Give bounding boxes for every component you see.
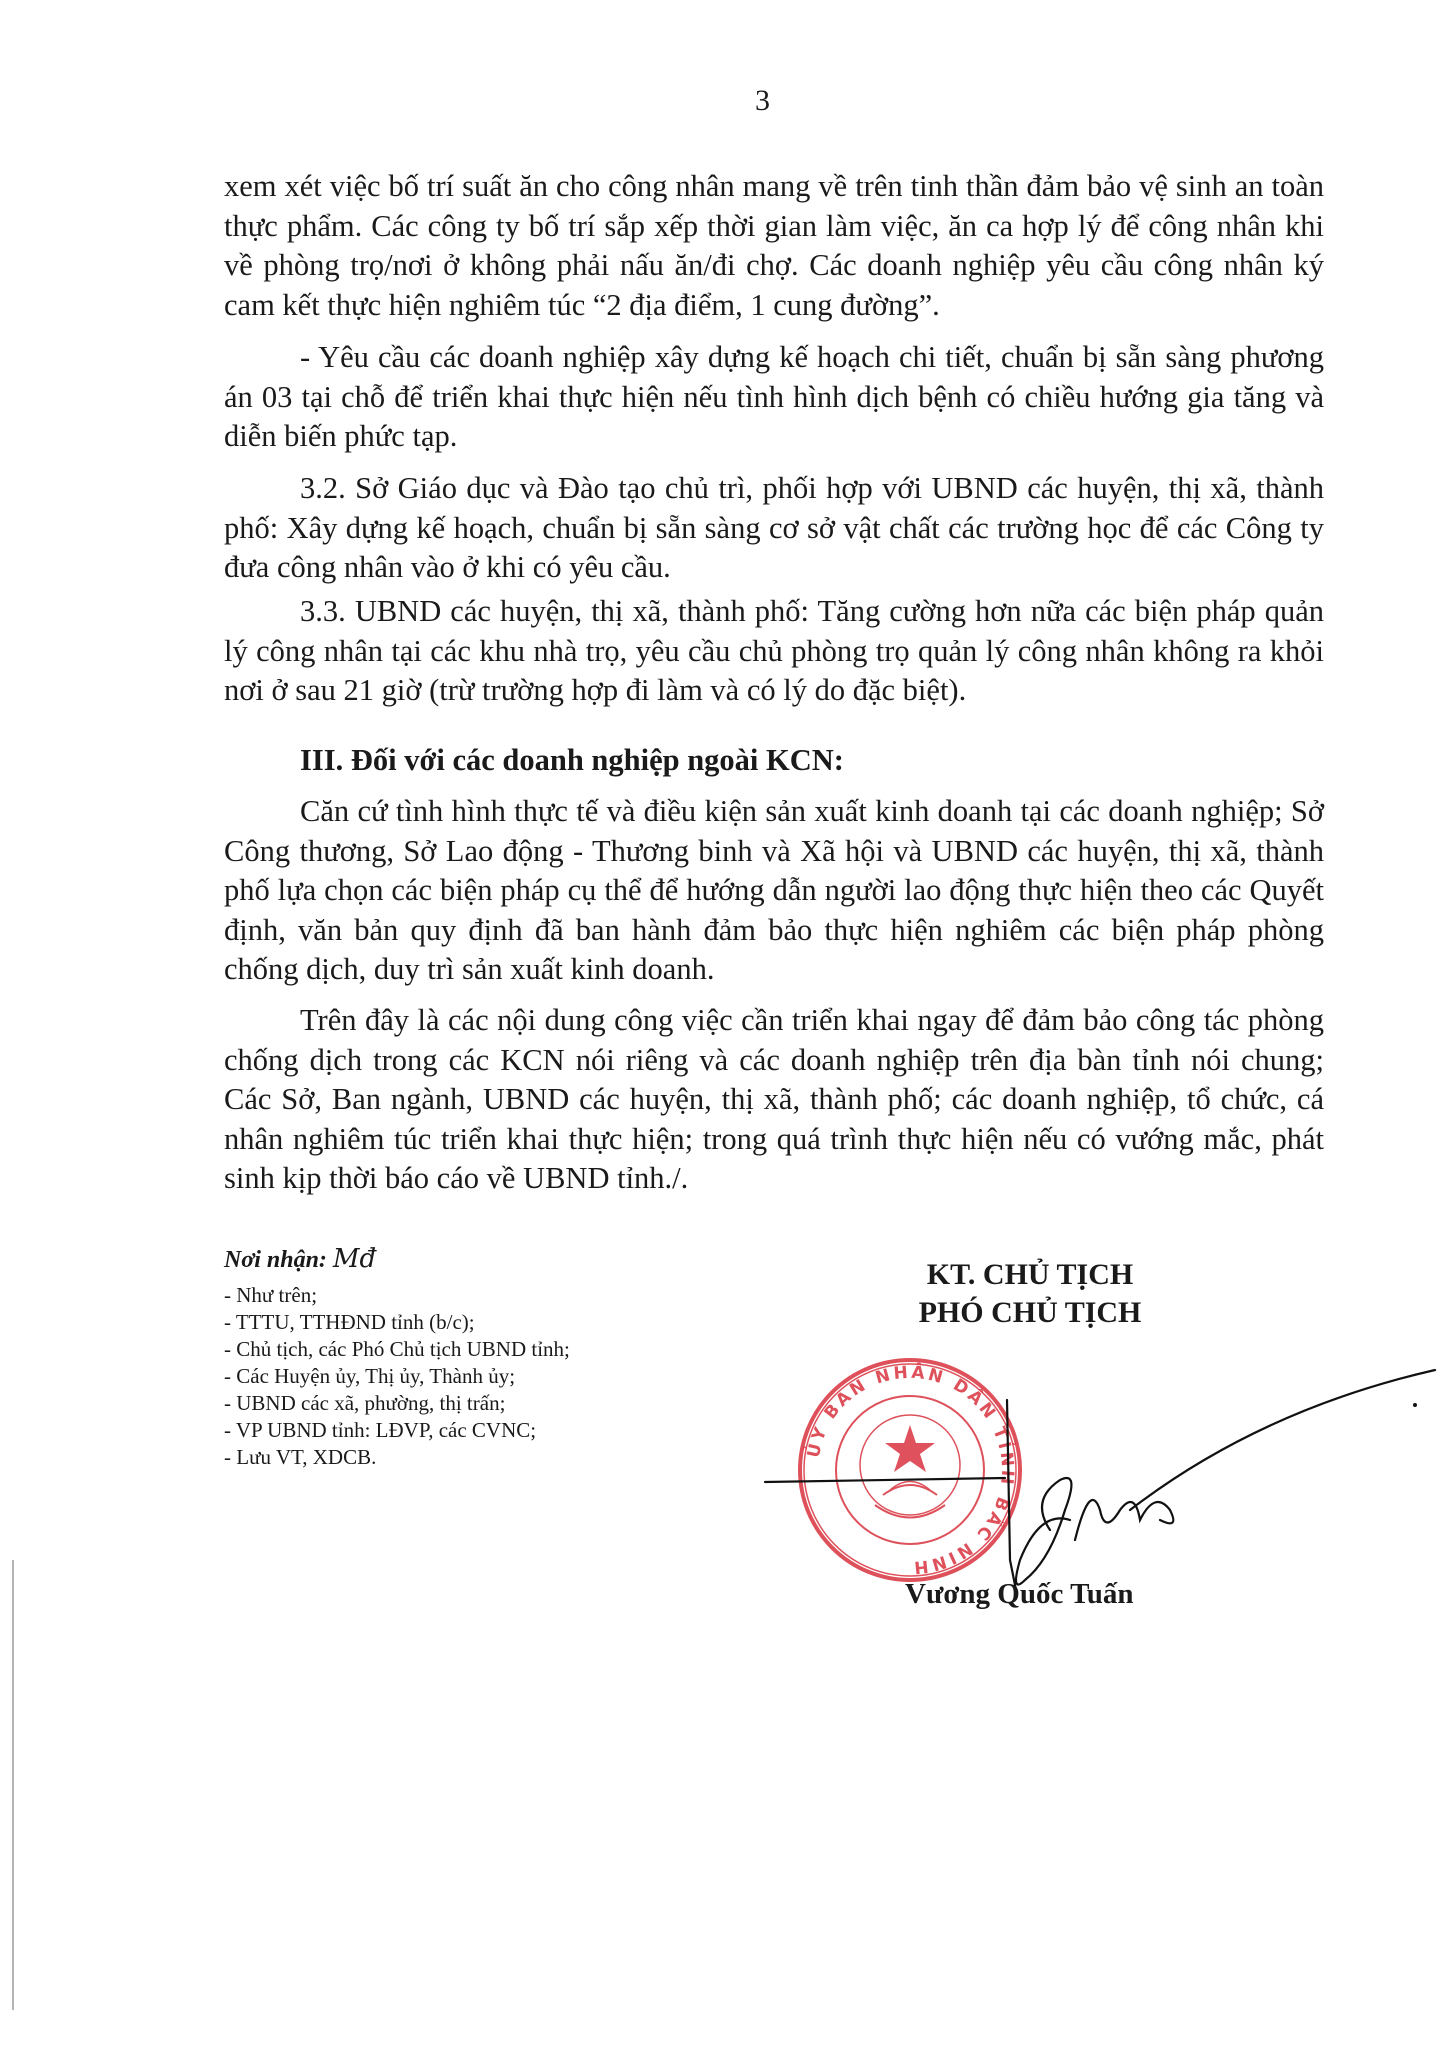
recipients-title-text: Nơi nhận: [224,1247,327,1273]
recipients-list: - Như trên; - TTTU, TTHĐND tỉnh (b/c); -… [224,1282,570,1471]
signature-line-2: PHÓ CHỦ TỊCH [860,1294,1200,1332]
list-item: - TTTU, TTHĐND tỉnh (b/c); [224,1309,570,1336]
list-item: - UBND các xã, phường, thị trấn; [224,1390,570,1417]
list-item: - Chủ tịch, các Phó Chủ tịch UBND tỉnh; [224,1336,570,1363]
list-item: - Lưu VT, XDCB. [224,1444,570,1471]
handwritten-initial: Mđ [333,1244,376,1274]
heading-text: III. Đối với các doanh nghiệp ngoài KCN: [224,741,1324,780]
signature-line-1: KT. CHỦ TỊCH [860,1256,1200,1294]
paragraph-text: 3.3. UBND các huyện, thị xã, thành phố: … [224,592,1324,711]
paragraph-requirement: - Yêu cầu các doanh nghiệp xây dựng kế h… [224,338,1324,457]
scan-edge [12,1560,14,2010]
signature-title: KT. CHỦ TỊCH PHÓ CHỦ TỊCH [860,1256,1200,1332]
paragraph-conclusion: Trên đây là các nội dung công việc cần t… [224,1001,1324,1199]
paragraph-text: xem xét việc bố trí suất ăn cho công nhâ… [224,167,1324,325]
paragraph-text: Căn cứ tình hình thực tế và điều kiện sả… [224,792,1324,990]
handwritten-signature-icon [760,1360,1440,1610]
paragraph-3-3: 3.3. UBND các huyện, thị xã, thành phố: … [224,592,1324,711]
page-number: 3 [755,84,770,118]
paragraph-continuation: xem xét việc bố trí suất ăn cho công nhâ… [224,167,1324,325]
recipients-block: Nơi nhận:Mđ - Như trên; - TTTU, TTHĐND t… [224,1246,570,1471]
paragraph-text: - Yêu cầu các doanh nghiệp xây dựng kế h… [224,338,1324,457]
list-item: - Như trên; [224,1282,570,1309]
section-heading-III: III. Đối với các doanh nghiệp ngoài KCN: [224,741,1324,780]
signer-name: Vương Quốc Tuấn [905,1578,1134,1611]
recipients-title: Nơi nhận:Mđ [224,1246,570,1274]
paragraph-text: Trên đây là các nội dung công việc cần t… [224,1001,1324,1199]
paragraph-text: 3.2. Sở Giáo dục và Đào tạo chủ trì, phố… [224,469,1324,588]
paragraph-outside-kcn: Căn cứ tình hình thực tế và điều kiện sả… [224,792,1324,990]
paragraph-3-2: 3.2. Sở Giáo dục và Đào tạo chủ trì, phố… [224,469,1324,588]
list-item: - Các Huyện ủy, Thị ủy, Thành ủy; [224,1363,570,1390]
list-item: - VP UBND tỉnh: LĐVP, các CVNC; [224,1417,570,1444]
